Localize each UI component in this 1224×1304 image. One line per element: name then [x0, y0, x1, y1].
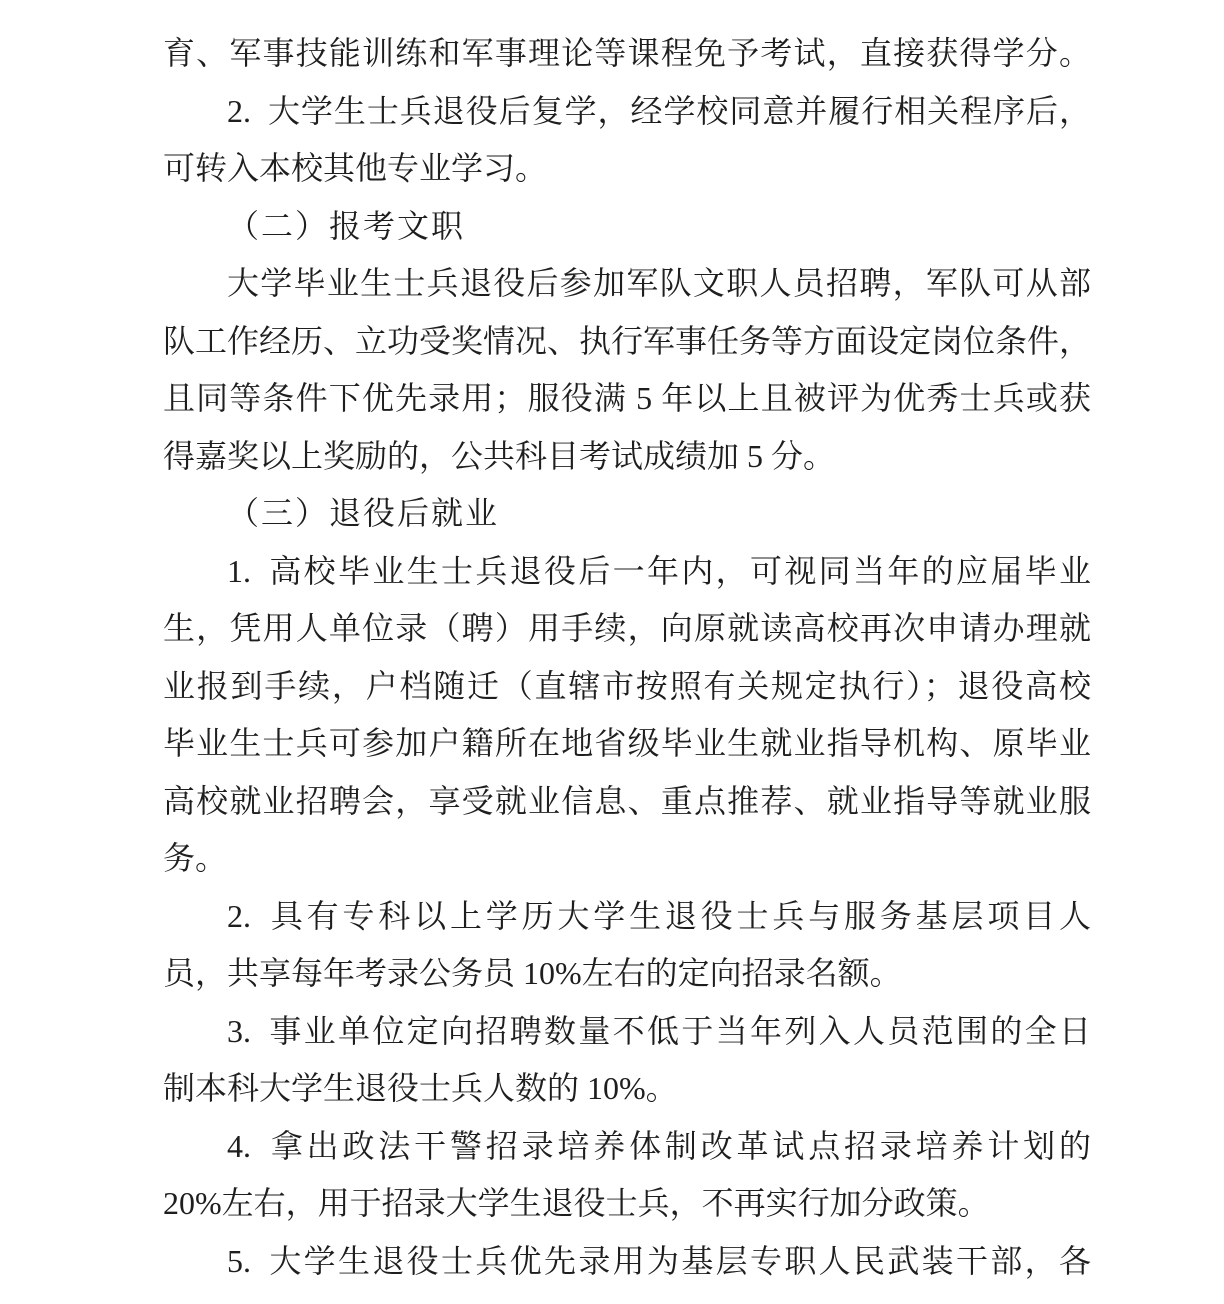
text-line: 生，凭用人单位录（聘）用手续，向原就读高校再次申请办理就 — [163, 600, 1091, 658]
text-line: 2. 大学生士兵退役后复学，经学校同意并履行相关程序后， — [163, 83, 1091, 141]
section-heading: （三）退役后就业 — [163, 485, 1091, 543]
document-text-block: 育、军事技能训练和军事理论等课程免予考试，直接获得学分。2. 大学生士兵退役后复… — [163, 25, 1091, 1290]
text-line: 毕业生士兵可参加户籍所在地省级毕业生就业指导机构、原毕业 — [163, 715, 1091, 773]
text-line: 大学毕业生士兵退役后参加军队文职人员招聘，军队可从部 — [163, 255, 1091, 313]
text-line: 制本科大学生退役士兵人数的 10%。 — [163, 1060, 1091, 1118]
text-line: 1. 高校毕业生士兵退役后一年内，可视同当年的应届毕业 — [163, 543, 1091, 601]
text-line: 业报到手续，户档随迁（直辖市按照有关规定执行）；退役高校 — [163, 658, 1091, 716]
text-line: 可转入本校其他专业学习。 — [163, 140, 1091, 198]
text-line: 且同等条件下优先录用；服役满 5 年以上且被评为优秀士兵或获 — [163, 370, 1091, 428]
text-line: 4. 拿出政法干警招录培养体制改革试点招录培养计划的 — [163, 1118, 1091, 1176]
document-page: 育、军事技能训练和军事理论等课程免予考试，直接获得学分。2. 大学生士兵退役后复… — [0, 0, 1224, 1304]
section-heading: （二）报考文职 — [163, 198, 1091, 256]
text-line: 员，共享每年考录公务员 10%左右的定向招录名额。 — [163, 945, 1091, 1003]
text-line: 育、军事技能训练和军事理论等课程免予考试，直接获得学分。 — [163, 25, 1091, 83]
text-line: 5. 大学生退役士兵优先录用为基层专职人民武装干部，各 — [163, 1233, 1091, 1291]
text-line: 队工作经历、立功受奖情况、执行军事任务等方面设定岗位条件， — [163, 313, 1091, 371]
text-line: 2. 具有专科以上学历大学生退役士兵与服务基层项目人 — [163, 888, 1091, 946]
text-line: 20%左右，用于招录大学生退役士兵，不再实行加分政策。 — [163, 1175, 1091, 1233]
text-line: 得嘉奖以上奖励的，公共科目考试成绩加 5 分。 — [163, 428, 1091, 486]
text-line: 务。 — [163, 830, 1091, 888]
text-line: 3. 事业单位定向招聘数量不低于当年列入人员范围的全日 — [163, 1003, 1091, 1061]
text-line: 高校就业招聘会，享受就业信息、重点推荐、就业指导等就业服 — [163, 773, 1091, 831]
